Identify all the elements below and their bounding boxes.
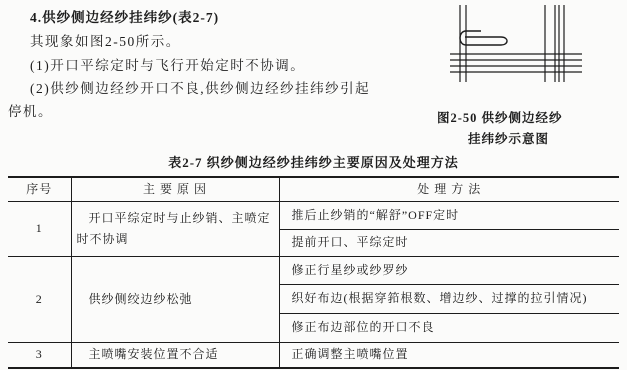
row2-method-3: 修正布边部位的开口不良 [279, 313, 619, 342]
header-serial: 序号 [8, 177, 71, 201]
row2-serial: 2 [8, 256, 71, 342]
table-row-2: 2 供纱侧绞边纱松弛 修正行星纱或纱罗纱 织好布边(根据穿筘根数、增边纱、过撑的… [8, 256, 619, 342]
table-row-3: 3 主喷嘴安装位置不合适 正确调整主喷嘴位置 [8, 342, 619, 368]
figure-caption: 图2-50 供纱侧边经纱 挂纬纱示意图 [437, 108, 563, 150]
row2-method-1: 修正行星纱或纱罗纱 [279, 256, 619, 284]
table-header-row: 序号 主 要 原 因 处 理 方 法 [8, 177, 619, 201]
row3-serial: 3 [8, 342, 71, 368]
row1-method-2: 提前开口、平综定时 [279, 229, 619, 256]
row3-method-1: 正确调整主喷嘴位置 [279, 342, 619, 368]
yarn-diagram [445, 0, 585, 90]
row2-method-2: 织好布边(根据穿筘根数、增边纱、过撑的拉引情况) [279, 284, 619, 313]
figure-caption-line1: 图2-50 供纱侧边经纱 [437, 108, 563, 129]
table-row-1: 1 开口平综定时与止纱销、主喷定时不协调 推后止纱销的“解舒”OFF定时 提前开… [8, 201, 619, 256]
row3-cause: 主喷嘴安装位置不合适 [71, 342, 279, 368]
row1-serial: 1 [8, 201, 71, 256]
cause-method-table: 序号 主 要 原 因 处 理 方 法 1 开口平综定时与止纱销、主喷定时不协调 … [8, 176, 619, 369]
figure-caption-line2: 挂纬纱示意图 [437, 129, 563, 150]
list-item-1: (1)开口平综定时与飞行开始定时不协调。 [30, 54, 305, 74]
row1-cause: 开口平综定时与止纱销、主喷定时不协调 [71, 201, 279, 256]
document-page: 4.供纱侧边经纱挂纬纱(表2-7) 其现象如图2-50所示。 (1)开口平综定时… [0, 0, 627, 370]
section-heading: 4.供纱侧边经纱挂纬纱(表2-7) [30, 6, 219, 26]
list-item-2: (2)供纱侧边经纱开口不良,供纱侧边经纱挂纬纱引起 [30, 77, 370, 97]
header-method: 处 理 方 法 [279, 177, 619, 201]
list-item-2-continued: 停机。 [8, 100, 53, 120]
row1-method-1: 推后止纱销的“解舒”OFF定时 [279, 201, 619, 229]
table-title: 表2-7 织纱侧边经纱挂纬纱主要原因及处理方法 [8, 152, 619, 171]
paragraph-phenomenon: 其现象如图2-50所示。 [30, 30, 181, 50]
header-cause: 主 要 原 因 [71, 177, 279, 201]
row2-cause: 供纱侧绞边纱松弛 [71, 256, 279, 342]
